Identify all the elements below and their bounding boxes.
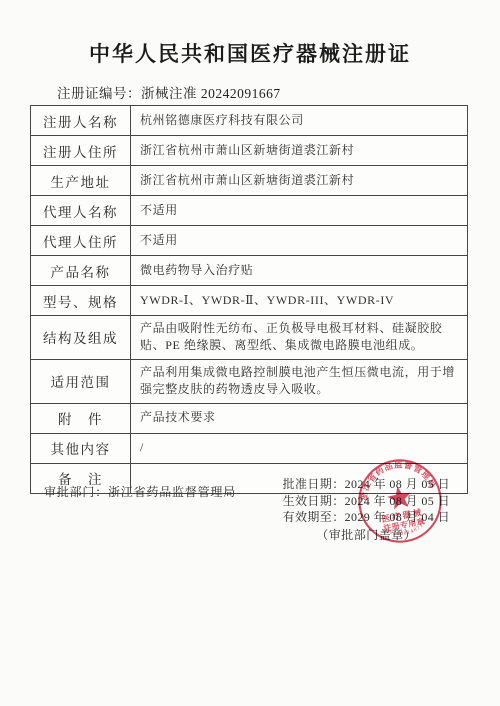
row-value: YWDR-Ⅰ、YWDR-Ⅱ、YWDR-III、YWDR-IV <box>131 286 467 315</box>
certificate-table: 注册人名称杭州铭德康医疗科技有限公司注册人住所浙江省杭州市萧山区新塘街道裘江新村… <box>30 105 468 494</box>
table-row: 注册人名称杭州铭德康医疗科技有限公司 <box>31 106 467 136</box>
row-label: 代理人住所 <box>31 226 131 255</box>
row-value: 微电药物导入治疗贴 <box>131 256 467 285</box>
row-value: 不适用 <box>131 196 467 225</box>
row-value: 产品利用集成微电路控制膜电池产生恒压微电流，用于增强完整皮肤的药物透皮导入吸收。 <box>131 360 467 403</box>
table-row: 结构及组成产品由吸附性无纺布、正负极导电极耳材料、硅凝胶胶贴、PE 绝缘膜、离型… <box>31 316 467 360</box>
row-value: 不适用 <box>131 226 467 255</box>
table-row: 型号、规格YWDR-Ⅰ、YWDR-Ⅱ、YWDR-III、YWDR-IV <box>31 286 467 316</box>
table-row: 生产地址浙江省杭州市萧山区新塘街道裘江新村 <box>31 166 467 196</box>
approval-department: 审批部门：浙江省药品监督管理局 <box>44 483 236 500</box>
row-label: 结构及组成 <box>31 316 131 359</box>
row-label: 生产地址 <box>31 166 131 195</box>
table-row: 附 件产品技术要求 <box>31 404 467 434</box>
row-label: 型号、规格 <box>31 286 131 315</box>
row-value: 杭州铭德康医疗科技有限公司 <box>131 106 467 135</box>
official-stamp-icon: 浙江省药品监督管理局 医疗器械 注册专用章 3301060148714 <box>339 440 462 563</box>
row-label: 产品名称 <box>31 256 131 285</box>
row-value: 产品技术要求 <box>131 404 467 433</box>
row-value: 浙江省杭州市萧山区新塘街道裘江新村 <box>131 136 467 165</box>
page-title: 中华人民共和国医疗器械注册证 <box>0 38 500 68</box>
row-label: 注册人名称 <box>31 106 131 135</box>
row-label: 注册人住所 <box>31 136 131 165</box>
registration-number: 注册证编号：浙械注准 20242091667 <box>57 82 281 102</box>
row-value: 产品由吸附性无纺布、正负极导电极耳材料、硅凝胶胶贴、PE 绝缘膜、离型纸、集成微… <box>131 316 467 359</box>
row-label: 其他内容 <box>31 434 131 463</box>
row-label: 附 件 <box>31 404 131 433</box>
certificate-page: 中华人民共和国医疗器械注册证 注册证编号：浙械注准 20242091667 注册… <box>0 0 500 706</box>
table-row: 适用范围产品利用集成微电路控制膜电池产生恒压微电流，用于增强完整皮肤的药物透皮导… <box>31 360 467 404</box>
table-row: 注册人住所浙江省杭州市萧山区新塘街道裘江新村 <box>31 136 467 166</box>
row-label: 代理人名称 <box>31 196 131 225</box>
table-row: 产品名称微电药物导入治疗贴 <box>31 256 467 286</box>
row-label: 适用范围 <box>31 360 131 403</box>
registration-number-value: 浙械注准 20242091667 <box>141 86 281 101</box>
row-value: 浙江省杭州市萧山区新塘街道裘江新村 <box>131 166 467 195</box>
registration-number-label: 注册证编号： <box>57 86 141 101</box>
stamp-star-icon <box>386 484 413 510</box>
table-row: 代理人住所不适用 <box>31 226 467 256</box>
table-row: 代理人名称不适用 <box>31 196 467 226</box>
